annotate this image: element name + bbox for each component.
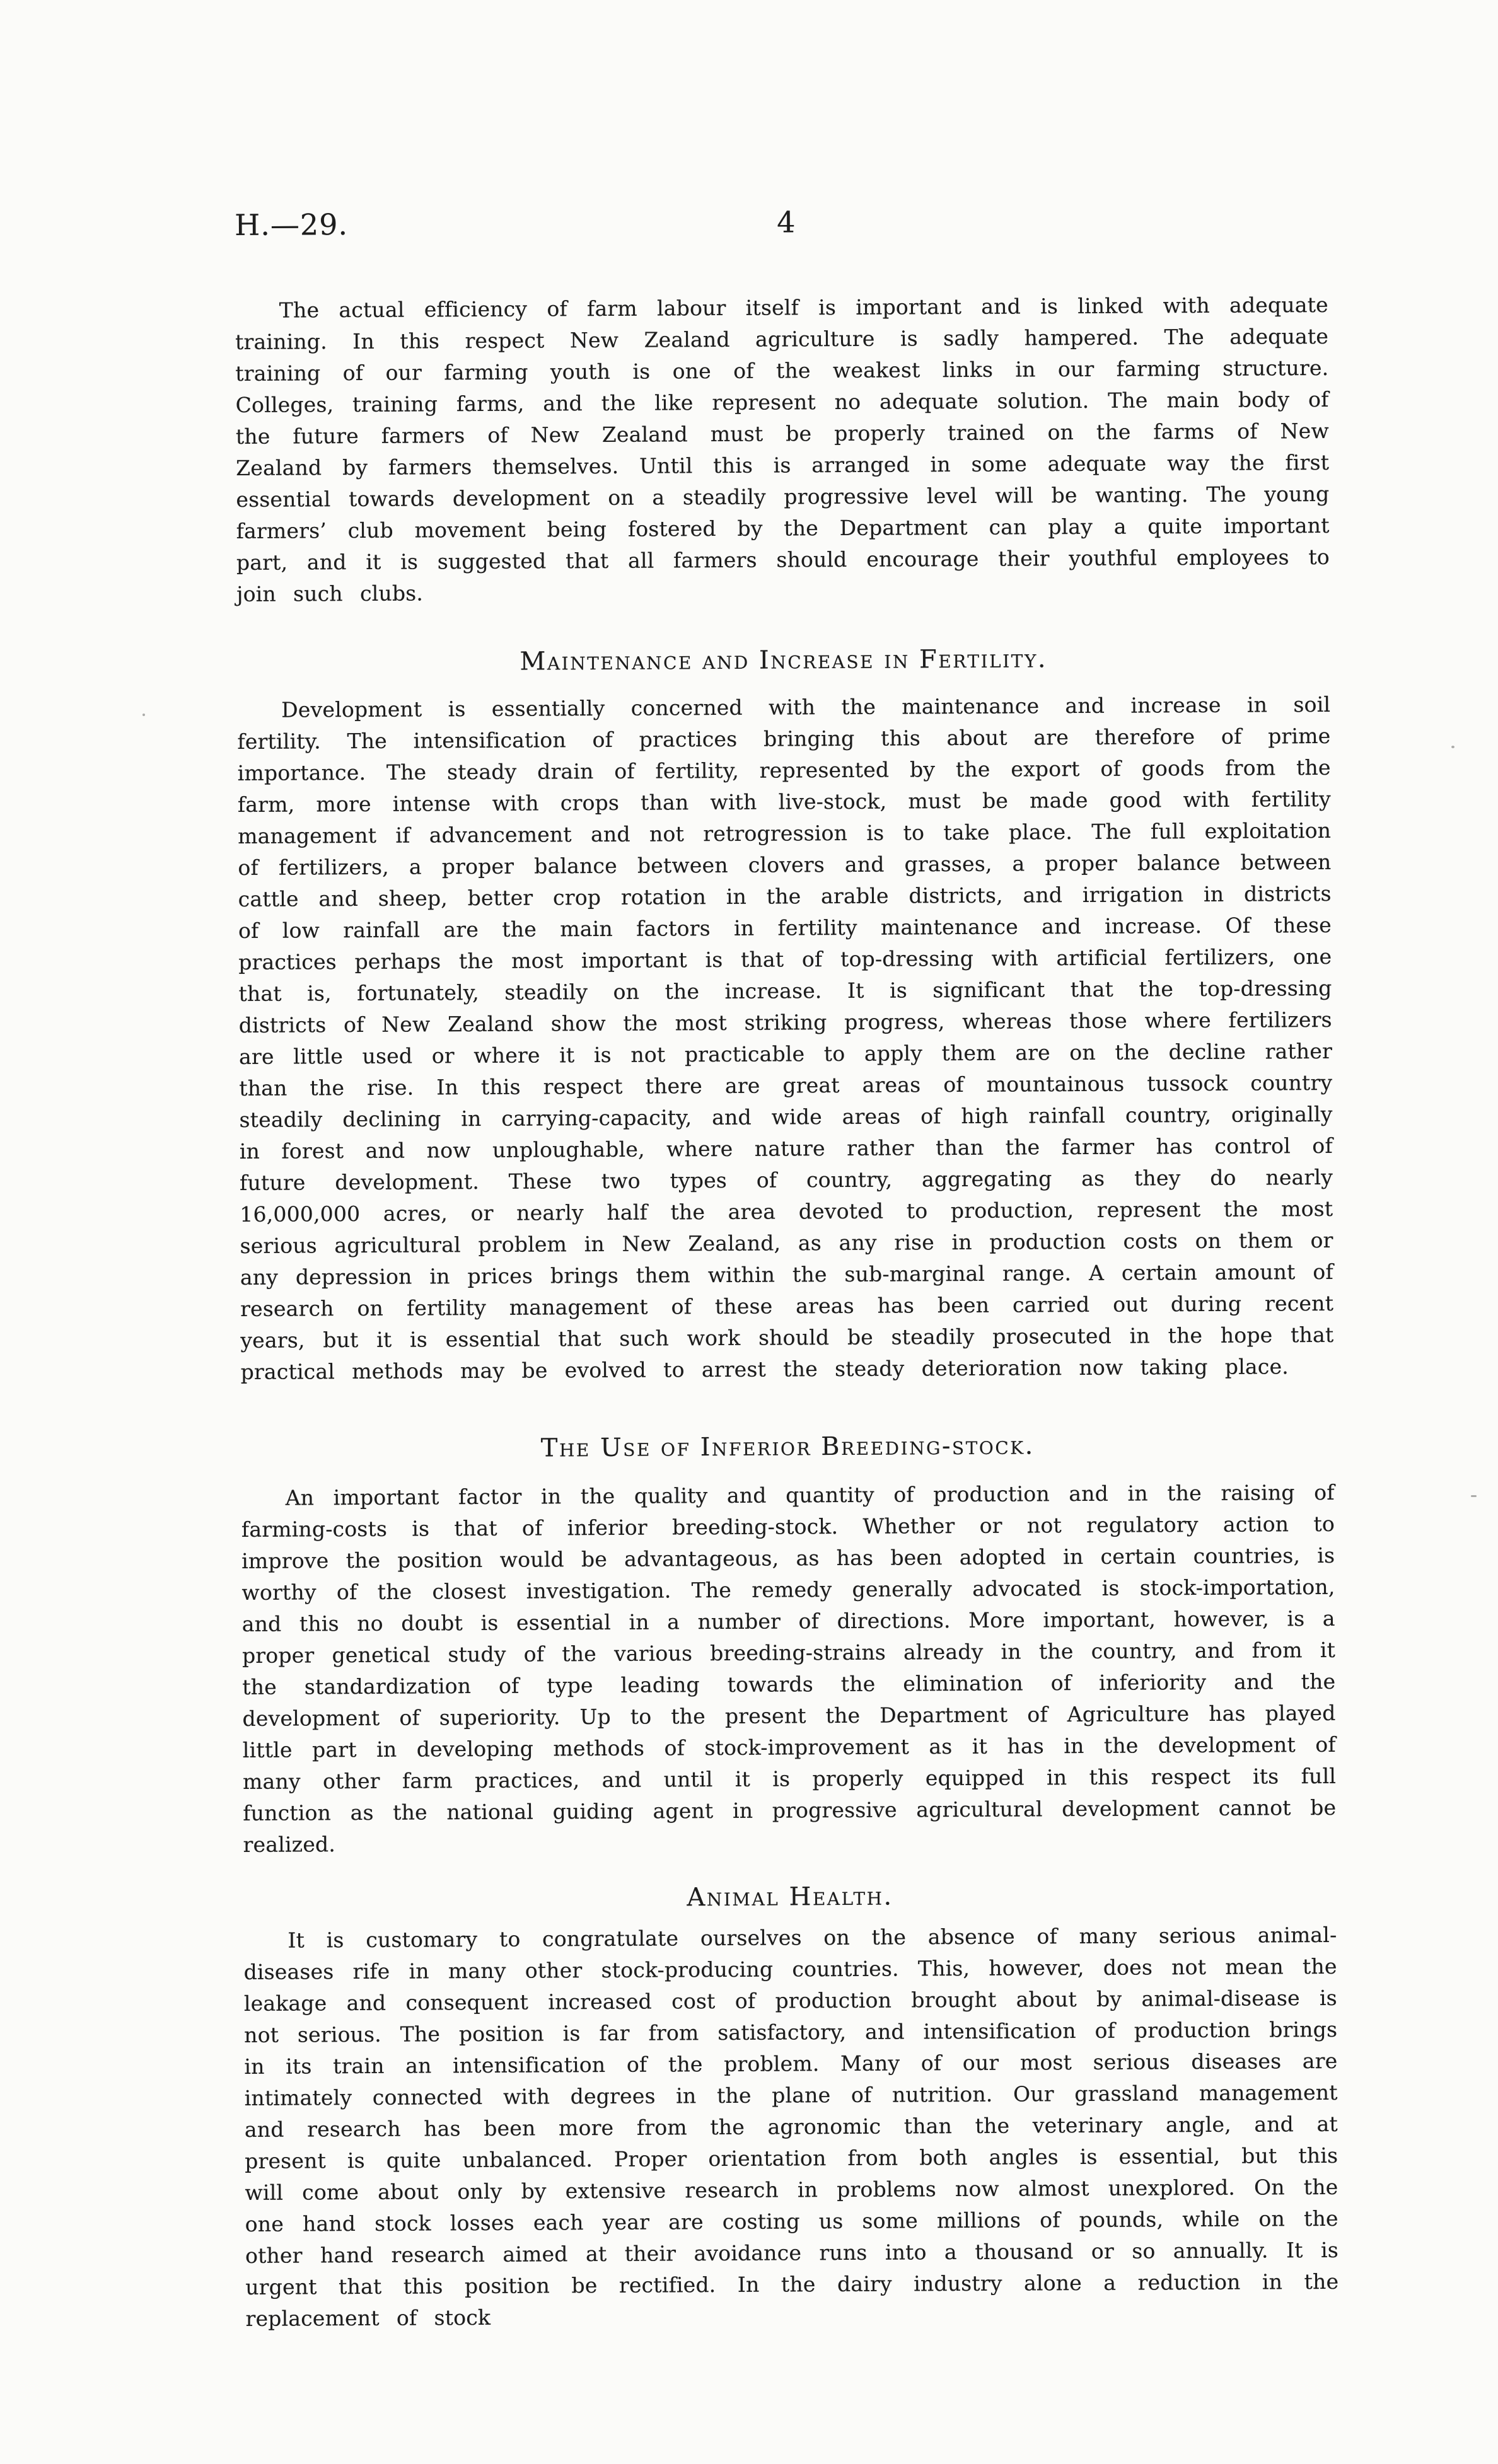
page-number: 4 [777, 205, 796, 239]
section-heading-animal-health: Animal Health. [243, 1878, 1337, 1916]
page-header: H.—29. 4 [235, 202, 1328, 242]
scanned-report-page: H.—29. 4 The actual efficiency of farm l… [0, 0, 1498, 2464]
report-code: H.—29. [235, 207, 348, 242]
intro-paragraph: The actual efficiency of farm labour its… [235, 289, 1330, 610]
scan-speck [142, 714, 145, 716]
section-heading-breeding-stock: The Use of Inferior Breeding-stock. [241, 1428, 1334, 1466]
scan-speck [1451, 746, 1454, 748]
section-paragraph-breeding-stock: An important factor in the quality and q… [241, 1477, 1337, 1861]
section-paragraph-fertility: Development is essentially concerned wit… [237, 689, 1334, 1388]
section-heading-fertility: Maintenance and Increase in Fertility. [237, 641, 1330, 680]
section-paragraph-animal-health: It is customary to congratulate ourselve… [243, 1919, 1338, 2335]
scan-speck [1471, 1495, 1477, 1497]
page-content: H.—29. 4 The actual efficiency of farm l… [235, 202, 1339, 2335]
